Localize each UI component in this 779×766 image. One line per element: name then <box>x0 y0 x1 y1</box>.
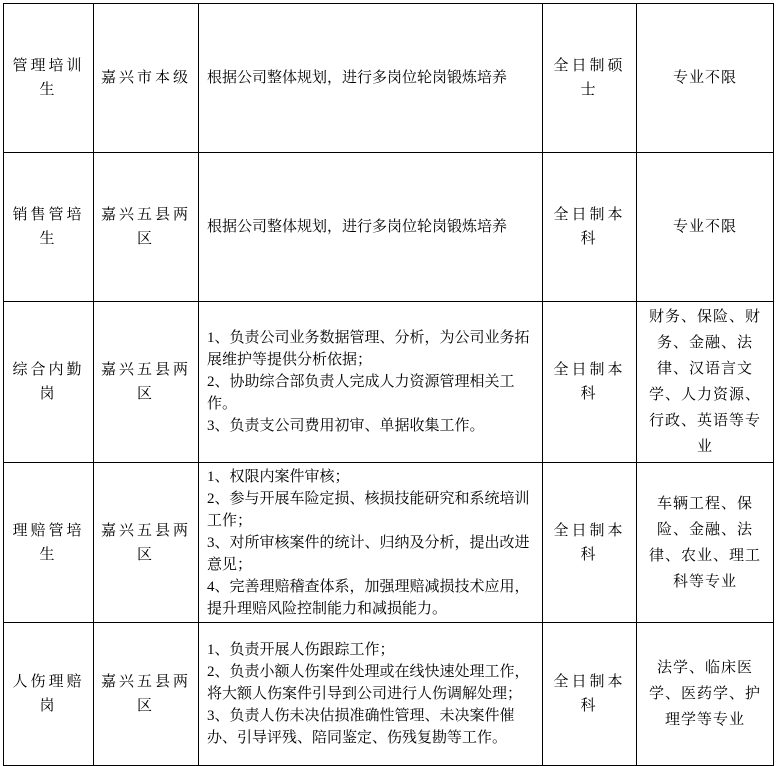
education-cell: 全日制硕士 <box>543 4 637 153</box>
table-row: 综合内勤岗 嘉兴五县两区 1、负责公司业务数据管理、分析，为公司业务拓展维护等提… <box>4 302 774 463</box>
education-cell: 全日制本科 <box>543 463 637 623</box>
major-cell: 车辆工程、保险、金融、法律、农业、理工科等专业 <box>637 463 774 623</box>
job-positions-table: 管理培训生 嘉兴市本级 根据公司整体规划，进行多岗位轮岗锻炼培养 全日制硕士 专… <box>3 3 774 766</box>
location-cell: 嘉兴五县两区 <box>94 463 199 623</box>
table-row: 理赔管培生 嘉兴五县两区 1、权限内案件审核； 2、参与开展车险定损、核损技能研… <box>4 463 774 623</box>
table-row: 人伤理赔岗 嘉兴五县两区 1、负责开展人伤跟踪工作； 2、负责小额人伤案件处理或… <box>4 623 774 766</box>
education-cell: 全日制本科 <box>543 623 637 766</box>
description-cell: 1、权限内案件审核； 2、参与开展车险定损、核损技能研究和系统培训工作； 3、对… <box>199 463 543 623</box>
position-cell: 综合内勤岗 <box>4 302 94 463</box>
major-cell: 专业不限 <box>637 4 774 153</box>
major-cell: 专业不限 <box>637 153 774 302</box>
education-cell: 全日制本科 <box>543 302 637 463</box>
location-cell: 嘉兴五县两区 <box>94 302 199 463</box>
description-cell: 根据公司整体规划，进行多岗位轮岗锻炼培养 <box>199 153 543 302</box>
position-cell: 销售管培生 <box>4 153 94 302</box>
major-cell: 财务、保险、财务、金融、法律、汉语言文学、人力资源、行政、英语等专业 <box>637 302 774 463</box>
position-cell: 理赔管培生 <box>4 463 94 623</box>
description-cell: 1、负责开展人伤跟踪工作； 2、负责小额人伤案件处理或在线快速处理工作，将大额人… <box>199 623 543 766</box>
position-cell: 人伤理赔岗 <box>4 623 94 766</box>
table-row: 管理培训生 嘉兴市本级 根据公司整体规划，进行多岗位轮岗锻炼培养 全日制硕士 专… <box>4 4 774 153</box>
document-page: 管理培训生 嘉兴市本级 根据公司整体规划，进行多岗位轮岗锻炼培养 全日制硕士 专… <box>0 0 779 762</box>
location-cell: 嘉兴市本级 <box>94 4 199 153</box>
location-cell: 嘉兴五县两区 <box>94 623 199 766</box>
position-cell: 管理培训生 <box>4 4 94 153</box>
location-cell: 嘉兴五县两区 <box>94 153 199 302</box>
table-row: 销售管培生 嘉兴五县两区 根据公司整体规划，进行多岗位轮岗锻炼培养 全日制本科 … <box>4 153 774 302</box>
description-cell: 1、负责公司业务数据管理、分析，为公司业务拓展维护等提供分析依据； 2、协助综合… <box>199 302 543 463</box>
education-cell: 全日制本科 <box>543 153 637 302</box>
major-cell: 法学、临床医学、医药学、护理学等专业 <box>637 623 774 766</box>
description-cell: 根据公司整体规划，进行多岗位轮岗锻炼培养 <box>199 4 543 153</box>
